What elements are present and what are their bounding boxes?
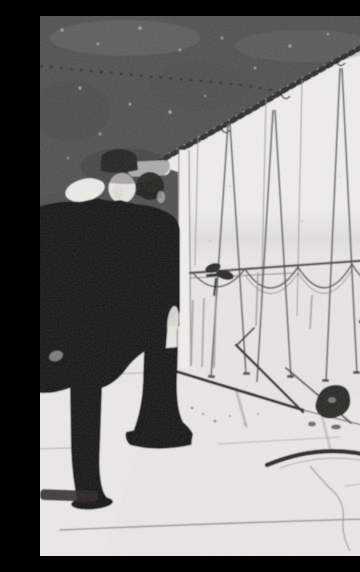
photo-canvas bbox=[40, 16, 360, 556]
film-still-photo: Grainy early-1900s film still looking do… bbox=[40, 16, 360, 556]
film-grain-overlay bbox=[40, 16, 360, 556]
